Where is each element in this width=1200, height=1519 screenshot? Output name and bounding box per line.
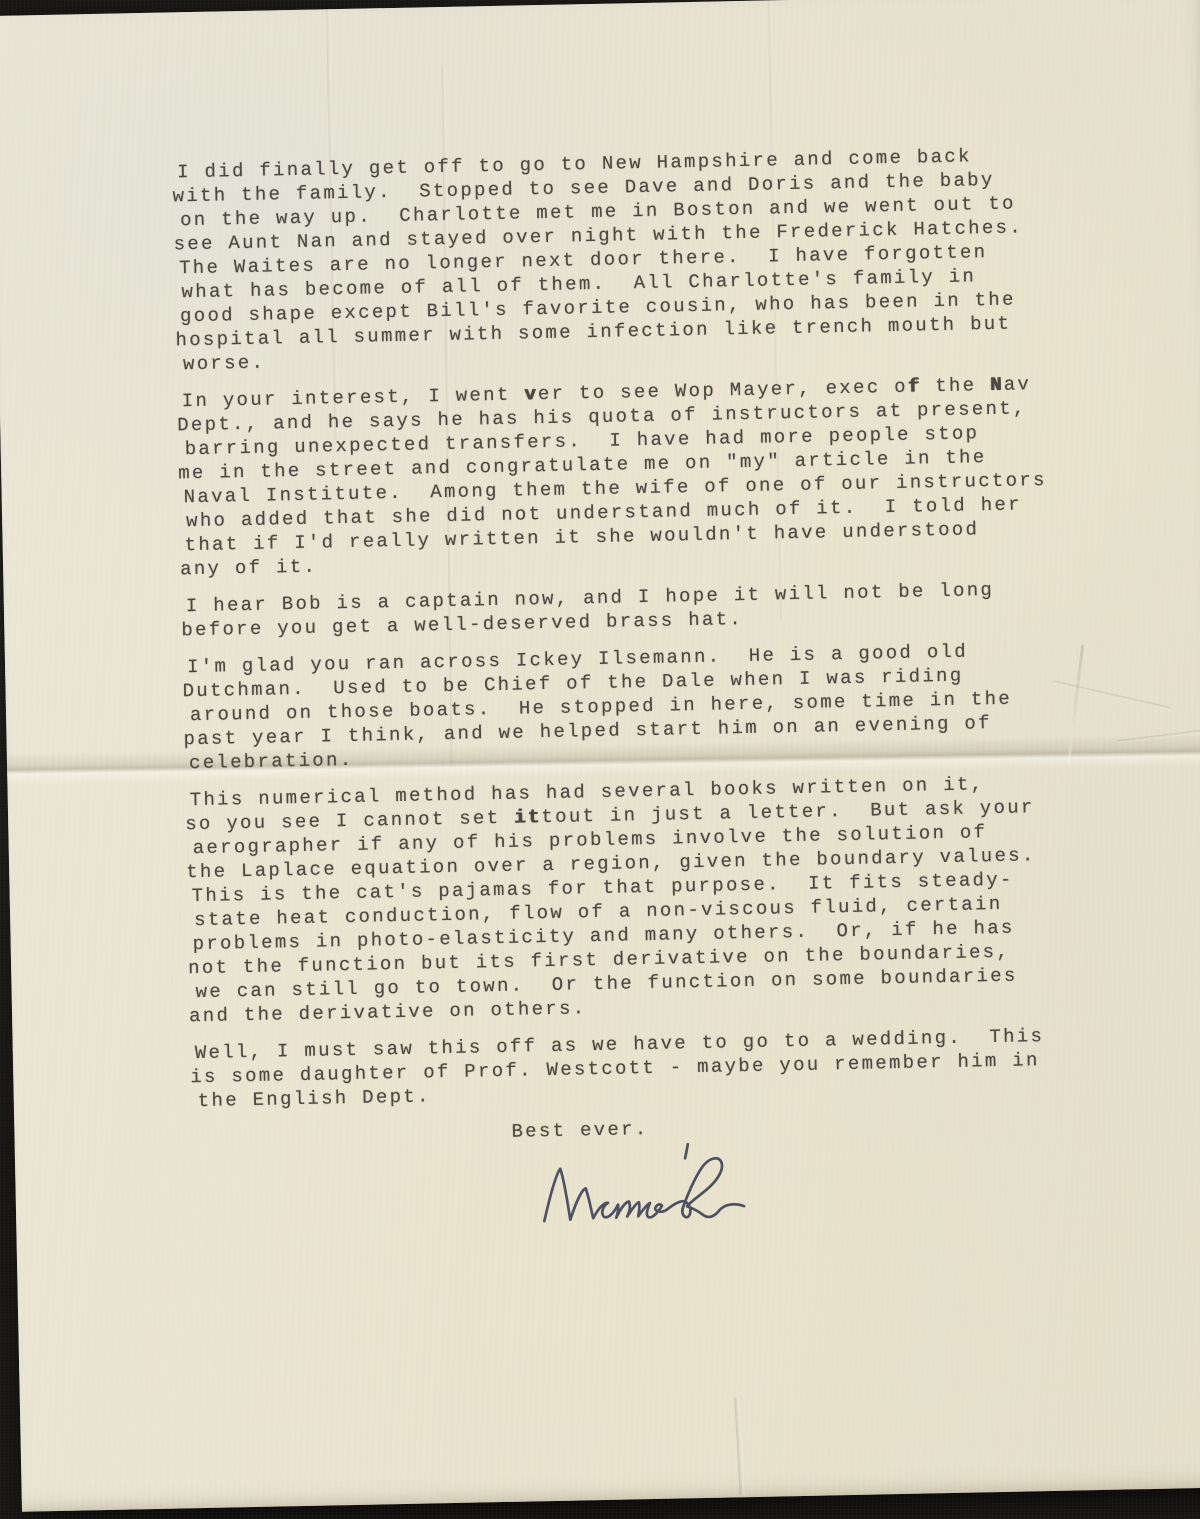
overstruck-characters: it xyxy=(514,806,542,829)
ink-tick-mark xyxy=(685,1144,688,1158)
paragraph: I did finally get off to go to New Hamps… xyxy=(177,142,1101,376)
overstruck-characters: f xyxy=(908,375,922,397)
paragraph: I hear Bob is a captain now, and I hope … xyxy=(186,576,1107,642)
paragraph: In your interest, I went ver to see Wop … xyxy=(182,371,1106,581)
paragraph: This numerical method has had several bo… xyxy=(190,770,1115,1028)
letter-paragraphs: I did finally get off to go to New Hamps… xyxy=(177,142,1116,1113)
letter-paper: I did finally get off to go to New Hamps… xyxy=(0,0,1200,1512)
paragraph: Well, I must saw this off as we have to … xyxy=(195,1023,1116,1113)
letter-body: I did finally get off to go to New Hamps… xyxy=(177,142,1117,1150)
signature-stroke xyxy=(543,1158,744,1221)
paragraph: I'm glad you ran across Ickey Ilsemann. … xyxy=(187,637,1109,775)
photo-background: I did finally get off to go to New Hamps… xyxy=(0,0,1200,1519)
signature xyxy=(536,1127,758,1243)
fold-crease-bottom xyxy=(734,1397,744,1495)
overstruck-characters: v xyxy=(524,383,538,405)
overstruck-characters: N xyxy=(990,374,1004,396)
